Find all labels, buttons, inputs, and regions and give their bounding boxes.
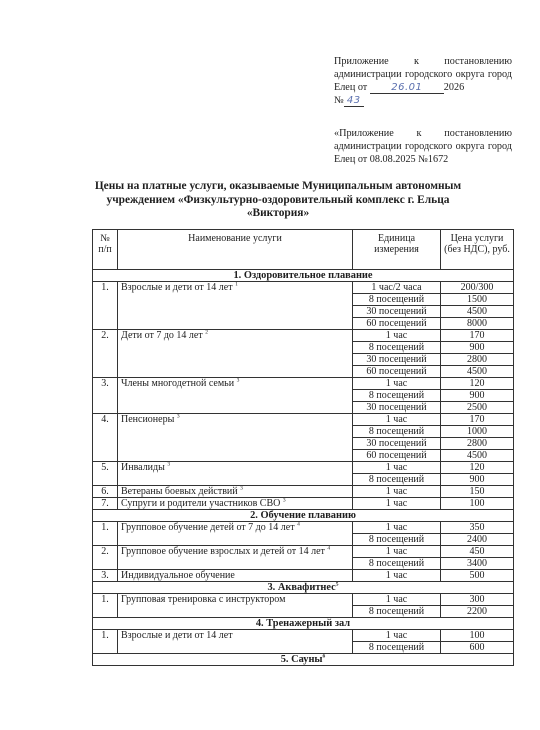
table-row: 5.Инвалиды 31 час120	[93, 462, 514, 474]
footnote-mark: 4	[297, 522, 300, 528]
unit-cell: 1 час	[353, 330, 441, 342]
table-row: 2.Групповое обучение взрослых и детей от…	[93, 546, 514, 558]
appendix-previous: «Приложение к постановлению администраци…	[334, 127, 512, 166]
footnote-mark: 6	[323, 654, 326, 660]
service-name-text: Групповая тренировка с инструктором	[121, 594, 285, 605]
table-row: 2.Дети от 7 до 14 лет 21 час170	[93, 330, 514, 342]
price-cell: 8000	[441, 318, 514, 330]
service-number: 3.	[93, 570, 118, 582]
price-cell: 4500	[441, 306, 514, 318]
footnote-mark: 4	[327, 546, 330, 552]
service-name-text: Индивидуальное обучение	[121, 570, 235, 581]
header-name: Наименование услуги	[118, 230, 353, 270]
price-cell: 2400	[441, 534, 514, 546]
price-cell: 2800	[441, 438, 514, 450]
price-cell: 900	[441, 342, 514, 354]
section-title: 2. Обучение плаванию	[93, 510, 514, 522]
service-name: Пенсионеры 3	[118, 414, 353, 462]
table-row: 1.Групповое обучение детей от 7 до 14 ле…	[93, 522, 514, 534]
unit-cell: 30 посещений	[353, 306, 441, 318]
service-number: 2.	[93, 330, 118, 378]
unit-cell: 1 час	[353, 570, 441, 582]
unit-cell: 1 час	[353, 546, 441, 558]
table-header-row: № п/п Наименование услуги Единица измере…	[93, 230, 514, 270]
unit-cell: 8 посещений	[353, 534, 441, 546]
service-name: Супруги и родители участников СВО 3	[118, 498, 353, 510]
footnote-mark: 3	[237, 378, 240, 384]
price-cell: 150	[441, 486, 514, 498]
service-name: Инвалиды 3	[118, 462, 353, 486]
unit-cell: 8 посещений	[353, 342, 441, 354]
service-name: Групповая тренировка с инструктором	[118, 594, 353, 618]
section-row: 3. Аквафитнес5	[93, 582, 514, 594]
price-cell: 100	[441, 630, 514, 642]
service-number: 6.	[93, 486, 118, 498]
footnote-mark: 1	[235, 282, 238, 288]
service-number: 2.	[93, 546, 118, 570]
price-cell: 300	[441, 594, 514, 606]
service-name-text: Члены многодетной семьи	[121, 378, 234, 389]
unit-cell: 1 час/2 часа	[353, 282, 441, 294]
service-number: 1.	[93, 594, 118, 618]
table-row: 1.Групповая тренировка с инструктором1 ч…	[93, 594, 514, 606]
footnote-mark: 3	[177, 414, 180, 420]
service-name-text: Взрослые и дети от 14 лет	[121, 630, 233, 641]
unit-cell: 8 посещений	[353, 558, 441, 570]
price-cell: 3400	[441, 558, 514, 570]
section-title: 4. Тренажерный зал	[93, 618, 514, 630]
footnote-mark: 3	[283, 498, 286, 504]
service-name-text: Групповое обучение детей от 7 до 14 лет	[121, 522, 295, 533]
price-cell: 1500	[441, 294, 514, 306]
section-title: 5. Сауны6	[93, 654, 514, 666]
table-row: 6.Ветераны боевых действий 31 час150	[93, 486, 514, 498]
unit-cell: 8 посещений	[353, 642, 441, 654]
service-number: 1.	[93, 522, 118, 546]
service-number: 5.	[93, 462, 118, 486]
unit-cell: 1 час	[353, 486, 441, 498]
section-title-text: 5. Сауны	[281, 654, 323, 665]
table-body: 1. Оздоровительное плавание1.Взрослые и …	[93, 270, 514, 666]
handwritten-number: 43	[344, 95, 364, 107]
price-cell: 4500	[441, 450, 514, 462]
service-name: Члены многодетной семьи 3	[118, 378, 353, 414]
unit-cell: 1 час	[353, 522, 441, 534]
footnote-mark: 3	[240, 486, 243, 492]
unit-cell: 8 посещений	[353, 474, 441, 486]
price-cell: 350	[441, 522, 514, 534]
price-cell: 2200	[441, 606, 514, 618]
unit-cell: 60 посещений	[353, 450, 441, 462]
unit-cell: 1 час	[353, 378, 441, 390]
table-row: 1.Взрослые и дети от 14 лет 11 час/2 час…	[93, 282, 514, 294]
appendix-current: Приложение к постановлению администрации…	[334, 55, 512, 107]
section-title: 3. Аквафитнес5	[93, 582, 514, 594]
price-cell: 4500	[441, 366, 514, 378]
footnote-mark: 5	[336, 582, 339, 588]
service-number: 7.	[93, 498, 118, 510]
header-num: № п/п	[93, 230, 118, 270]
price-cell: 170	[441, 414, 514, 426]
service-name-text: Пенсионеры	[121, 414, 174, 425]
service-number: 3.	[93, 378, 118, 414]
handwritten-date: 26.01	[370, 82, 444, 94]
service-name: Групповое обучение взрослых и детей от 1…	[118, 546, 353, 570]
price-table: № п/п Наименование услуги Единица измере…	[92, 229, 514, 666]
unit-cell: 1 час	[353, 498, 441, 510]
section-row: 5. Сауны6	[93, 654, 514, 666]
price-cell: 450	[441, 546, 514, 558]
section-row: 4. Тренажерный зал	[93, 618, 514, 630]
table-row: 3.Индивидуальное обучение1 час500	[93, 570, 514, 582]
price-cell: 2500	[441, 402, 514, 414]
unit-cell: 1 час	[353, 630, 441, 642]
appendix-header: Приложение к постановлению администрации…	[334, 55, 512, 166]
table-row: 7.Супруги и родители участников СВО 31 ч…	[93, 498, 514, 510]
service-name-text: Групповое обучение взрослых и детей от 1…	[121, 546, 325, 557]
section-title-text: 3. Аквафитнес	[267, 582, 335, 593]
unit-cell: 1 час	[353, 414, 441, 426]
price-cell: 500	[441, 570, 514, 582]
service-name: Взрослые и дети от 14 лет 1	[118, 282, 353, 330]
unit-cell: 8 посещений	[353, 426, 441, 438]
table-row: 1.Взрослые и дети от 14 лет1 час100	[93, 630, 514, 642]
service-name-text: Дети от 7 до 14 лет	[121, 330, 203, 341]
service-name-text: Взрослые и дети от 14 лет	[121, 282, 233, 293]
service-number: 4.	[93, 414, 118, 462]
section-title: 1. Оздоровительное плавание	[93, 270, 514, 282]
service-name: Взрослые и дети от 14 лет	[118, 630, 353, 654]
number-label: №	[334, 95, 344, 106]
service-name: Групповое обучение детей от 7 до 14 лет …	[118, 522, 353, 546]
price-cell: 900	[441, 474, 514, 486]
price-cell: 120	[441, 462, 514, 474]
unit-cell: 8 посещений	[353, 606, 441, 618]
service-name: Индивидуальное обучение	[118, 570, 353, 582]
service-name-text: Инвалиды	[121, 462, 165, 473]
unit-cell: 30 посещений	[353, 402, 441, 414]
service-number: 1.	[93, 282, 118, 330]
header-price: Цена услуги (без НДС), руб.	[441, 230, 514, 270]
service-number: 1.	[93, 630, 118, 654]
footnote-mark: 3	[167, 462, 170, 468]
section-title-text: 2. Обучение плаванию	[250, 510, 356, 521]
price-cell: 120	[441, 378, 514, 390]
price-cell: 2800	[441, 354, 514, 366]
unit-cell: 8 посещений	[353, 294, 441, 306]
price-cell: 170	[441, 330, 514, 342]
document-title: Цены на платные услуги, оказываемые Муни…	[92, 180, 464, 221]
price-cell: 900	[441, 390, 514, 402]
unit-cell: 8 посещений	[353, 390, 441, 402]
section-row: 2. Обучение плаванию	[93, 510, 514, 522]
section-title-text: 1. Оздоровительное плавание	[233, 270, 372, 281]
header-unit: Единица измерения	[353, 230, 441, 270]
unit-cell: 30 посещений	[353, 354, 441, 366]
unit-cell: 60 посещений	[353, 366, 441, 378]
appendix-year: 2026	[444, 82, 464, 93]
table-row: 4.Пенсионеры 31 час170	[93, 414, 514, 426]
section-row: 1. Оздоровительное плавание	[93, 270, 514, 282]
table-row: 3.Члены многодетной семьи 31 час120	[93, 378, 514, 390]
service-name-text: Супруги и родители участников СВО	[121, 498, 280, 509]
unit-cell: 60 посещений	[353, 318, 441, 330]
unit-cell: 1 час	[353, 594, 441, 606]
service-name: Дети от 7 до 14 лет 2	[118, 330, 353, 378]
price-cell: 200/300	[441, 282, 514, 294]
service-name-text: Ветераны боевых действий	[121, 486, 238, 497]
price-cell: 600	[441, 642, 514, 654]
unit-cell: 1 час	[353, 462, 441, 474]
footnote-mark: 2	[205, 330, 208, 336]
unit-cell: 30 посещений	[353, 438, 441, 450]
price-cell: 100	[441, 498, 514, 510]
price-cell: 1000	[441, 426, 514, 438]
service-name: Ветераны боевых действий 3	[118, 486, 353, 498]
section-title-text: 4. Тренажерный зал	[256, 618, 350, 629]
